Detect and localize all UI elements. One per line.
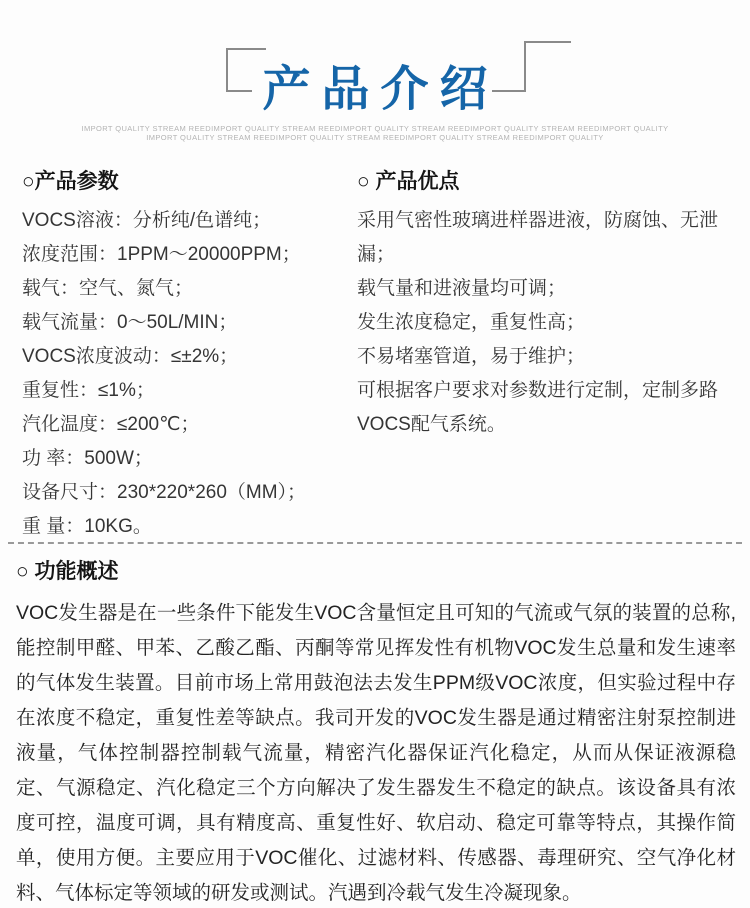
advantage-item: 载气量和进液量均可调；: [357, 272, 737, 306]
advantage-item: 发生浓度稳定，重复性高；: [357, 306, 737, 340]
advantage-item: 采用气密性玻璃进样器进液，防腐蚀、无泄漏；: [357, 204, 737, 272]
watermark-text: IMPORT QUALITY STREAM REEDIMPORT QUALITY…: [0, 124, 750, 142]
product-intro-page: 产品介绍 IMPORT QUALITY STREAM REEDIMPORT QU…: [0, 0, 750, 908]
param-item: 浓度范围：1PPM～20000PPM；: [22, 238, 352, 272]
watermark-line: IMPORT QUALITY STREAM REEDIMPORT QUALITY…: [0, 124, 750, 133]
dashed-divider: [8, 542, 742, 544]
function-overview-paragraph: VOC发生器是在一些条件下能发生VOC含量恒定且可知的气流或气氛的装置的总称,能…: [16, 596, 736, 908]
advantage-item: 不易堵塞管道，易于维护；: [357, 340, 737, 374]
page-title: 产品介绍: [0, 50, 750, 119]
param-item: VOCS溶液：分析纯/色谱纯；: [22, 204, 352, 238]
param-item: 载气：空气、氮气；: [22, 272, 352, 306]
watermark-line: IMPORT QUALITY STREAM REEDIMPORT QUALITY…: [0, 133, 750, 142]
param-item: 功 率：500W；: [22, 442, 352, 476]
function-overview-section: ○ 功能概述 VOC发生器是在一些条件下能发生VOC含量恒定且可知的气流或气氛的…: [16, 558, 736, 908]
param-item: VOCS浓度波动：≤±2%；: [22, 340, 352, 374]
banner: 产品介绍 IMPORT QUALITY STREAM REEDIMPORT QU…: [0, 0, 750, 150]
advantage-item: 可根据客户要求对参数进行定制，定制多路VOCS配气系统。: [357, 374, 737, 442]
product-advantages-section: ○ 产品优点 采用气密性玻璃进样器进液，防腐蚀、无泄漏； 载气量和进液量均可调；…: [357, 168, 737, 442]
param-item: 设备尺寸：230*220*260（MM）；: [22, 476, 352, 510]
param-item: 重复性：≤1%；: [22, 374, 352, 408]
product-advantages-heading: ○ 产品优点: [357, 168, 737, 196]
product-parameters-section: ○产品参数 VOCS溶液：分析纯/色谱纯； 浓度范围：1PPM～20000PPM…: [22, 168, 352, 544]
function-overview-heading: ○ 功能概述: [16, 558, 736, 586]
param-item: 载气流量：0～50L/MIN；: [22, 306, 352, 340]
product-parameters-heading: ○产品参数: [22, 168, 352, 196]
param-item: 汽化温度：≤200℃；: [22, 408, 352, 442]
param-item: 重 量：10KG。: [22, 510, 352, 544]
